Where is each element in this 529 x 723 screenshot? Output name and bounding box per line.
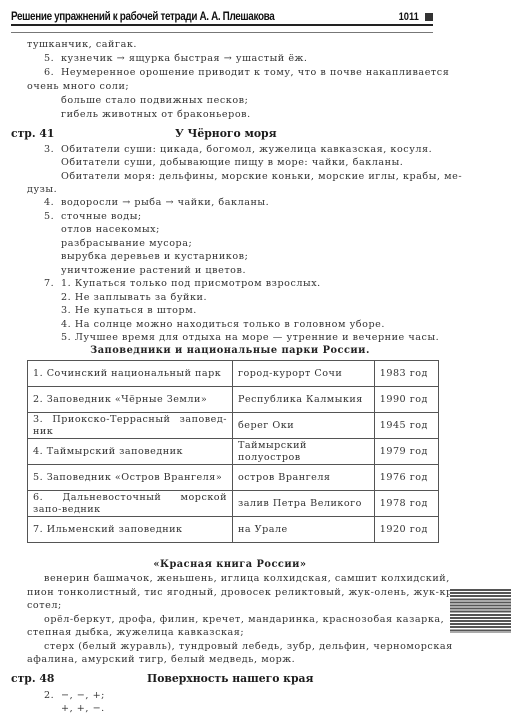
location-cell: город-курорт Сочи	[232, 361, 374, 387]
text-line: гибель животных от браконьеров.	[61, 109, 251, 120]
text-line: больше стало подвижных песков;	[61, 95, 248, 106]
text-line: сотел;	[27, 600, 62, 611]
page-number: 1011	[399, 11, 419, 23]
text-line: Обитатели суши: цикада, богомол, жужелиц…	[61, 144, 432, 155]
year-cell: 1990 год	[374, 387, 438, 413]
text-line: отлов насекомых;	[61, 224, 160, 235]
thumb-index-stripes	[450, 589, 511, 633]
text-line: орёл-беркут, дрофа, филин, кречет, манда…	[44, 614, 433, 625]
page-reference: стр. 48	[11, 672, 54, 685]
page-reference: стр. 41	[11, 127, 54, 140]
rule-item: 3. Не купаться в шторм.	[61, 305, 197, 316]
text-line: сточные воды;	[61, 211, 142, 222]
text-line: очень много соли;	[27, 81, 129, 92]
text-line: разбрасывание мусора;	[61, 238, 192, 249]
text-line: Неумеренное орошение приводит к тому, чт…	[61, 67, 433, 78]
item-number: 5.	[44, 53, 54, 64]
text-line: тушканчик, сайгак.	[27, 39, 137, 50]
reserve-name-cell: 4. Таймырский заповедник	[28, 439, 233, 465]
rule-item: 2. Не заплывать за буйки.	[61, 292, 207, 303]
reserves-table: 1. Сочинский национальный паркгород-куро…	[27, 360, 439, 543]
reserve-name-cell: 6. Дальневосточный морской запо-ведник	[28, 491, 233, 517]
text-line: кузнечик → ящурка быстрая → ушастый ёж.	[61, 53, 308, 64]
text-line: стерх (белый журавль), тундровый лебедь,…	[44, 641, 433, 652]
text-line: венерин башмачок, женьшень, иглица колхи…	[44, 573, 433, 584]
section-title: У Чёрного моря	[175, 127, 277, 140]
text-line: −, −, +;	[61, 690, 105, 701]
location-cell: на Урале	[232, 517, 374, 543]
rule-item: 1. Купаться только под присмотром взросл…	[61, 278, 321, 289]
text-line: уничтожение растений и цветов.	[61, 265, 246, 276]
reserve-name-cell: 3. Приокско-Террасный заповед-ник	[28, 413, 233, 439]
text-line: степная дыбка, жужелица кавказская;	[27, 627, 244, 638]
location-cell: остров Врангеля	[232, 465, 374, 491]
text-line: водоросли → рыба → чайки, бакланы.	[61, 197, 269, 208]
table-row: 4. Таймырский заповедникТаймырский полуо…	[28, 439, 439, 465]
reserve-name-cell: 5. Заповедник «Остров Врангеля»	[28, 465, 233, 491]
year-cell: 1920 год	[374, 517, 438, 543]
reserve-name-cell: 1. Сочинский национальный парк	[28, 361, 233, 387]
year-cell: 1979 год	[374, 439, 438, 465]
year-cell: 1978 год	[374, 491, 438, 517]
item-number: 3.	[44, 144, 54, 155]
table-title: Заповедники и национальные парки России.	[0, 345, 460, 356]
header-rule-thin	[11, 32, 433, 33]
red-book-title: «Красная книга России»	[0, 559, 460, 570]
rule-item: 4. На солнце можно находиться только в г…	[61, 319, 385, 330]
location-cell: Таймырский полуостров	[232, 439, 374, 465]
item-number: 7.	[44, 278, 54, 289]
square-marker-icon	[425, 13, 433, 21]
location-cell: залив Петра Великого	[232, 491, 374, 517]
rule-item: 5. Лучшее время для отдыха на море — утр…	[61, 332, 439, 343]
table-row: 2. Заповедник «Чёрные Земли»Республика К…	[28, 387, 439, 413]
table-row: 6. Дальневосточный морской запо-ведникза…	[28, 491, 439, 517]
item-number: 5.	[44, 211, 54, 222]
location-cell: берег Оки	[232, 413, 374, 439]
text-line: +, +, −.	[61, 703, 105, 714]
reserve-name-cell: 7. Ильменский заповедник	[28, 517, 233, 543]
text-line: Обитатели суши, добывающие пищу в море: …	[61, 157, 403, 168]
reserve-name-cell: 2. Заповедник «Чёрные Земли»	[28, 387, 233, 413]
year-cell: 1976 год	[374, 465, 438, 491]
item-number: 6.	[44, 67, 54, 78]
text-line: вырубка деревьев и кустарников;	[61, 251, 248, 262]
header-title: Решение упражнений к рабочей тетради А. …	[11, 11, 274, 23]
table-row: 1. Сочинский национальный паркгород-куро…	[28, 361, 439, 387]
location-cell: Республика Калмыкия	[232, 387, 374, 413]
header-rule-thick	[11, 24, 433, 26]
item-number: 2.	[44, 690, 54, 701]
year-cell: 1945 год	[374, 413, 438, 439]
item-number: 4.	[44, 197, 54, 208]
text-line: пион тонколистный, тис ягодный, дровосек…	[27, 587, 433, 598]
section-title: Поверхность нашего края	[147, 672, 313, 685]
text-line: Обитатели моря: дельфины, морские коньки…	[61, 171, 462, 182]
text-line: афалина, амурский тигр, белый медведь, м…	[27, 654, 295, 665]
text-line: дузы.	[27, 184, 57, 195]
table-row: 7. Ильменский заповедникна Урале1920 год	[28, 517, 439, 543]
table-row: 5. Заповедник «Остров Врангеля»остров Вр…	[28, 465, 439, 491]
year-cell: 1983 год	[374, 361, 438, 387]
table-row: 3. Приокско-Террасный заповед-никберег О…	[28, 413, 439, 439]
